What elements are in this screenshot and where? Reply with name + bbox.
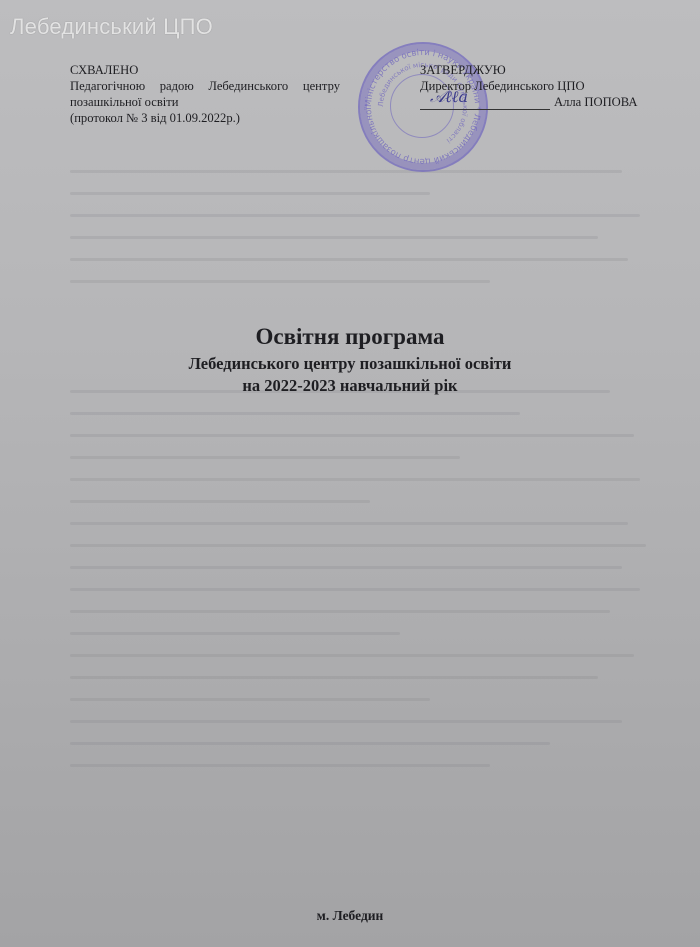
approved-line-1: Педагогічною радою Лебединського центру bbox=[70, 78, 340, 94]
document-subtitle-2: на 2022-2023 навчальний рік bbox=[0, 376, 700, 396]
signature-mark: 𝒜ℓℓa bbox=[430, 89, 468, 105]
confirm-block: ЗАТВЕРДЖУЮ Директор Лебединського ЦПО 𝒜ℓ… bbox=[420, 62, 680, 110]
document-title: Освітня програма bbox=[0, 324, 700, 350]
approved-heading: СХВАЛЕНО bbox=[70, 62, 340, 78]
show-through-text bbox=[70, 170, 670, 786]
approved-line-2: позашкільної освіти bbox=[70, 94, 340, 110]
approved-block: СХВАЛЕНО Педагогічною радою Лебединськог… bbox=[70, 62, 340, 126]
document-subtitle-1: Лебединського центру позашкільної освіти bbox=[0, 354, 700, 374]
confirm-heading: ЗАТВЕРДЖУЮ bbox=[420, 62, 680, 78]
signer-name: Алла ПОПОВА bbox=[554, 95, 637, 109]
document-page: Лебединський ЦПО СХВАЛЕНО Педагогічною р… bbox=[0, 0, 700, 947]
watermark-label: Лебединський ЦПО bbox=[10, 14, 213, 40]
city-footer: м. Лебедин bbox=[0, 908, 700, 924]
signature-row: 𝒜ℓℓaАлла ПОПОВА bbox=[420, 94, 680, 110]
signature-line: 𝒜ℓℓa bbox=[420, 97, 550, 110]
approved-line-3: (протокол № 3 від 01.09.2022р.) bbox=[70, 110, 340, 126]
